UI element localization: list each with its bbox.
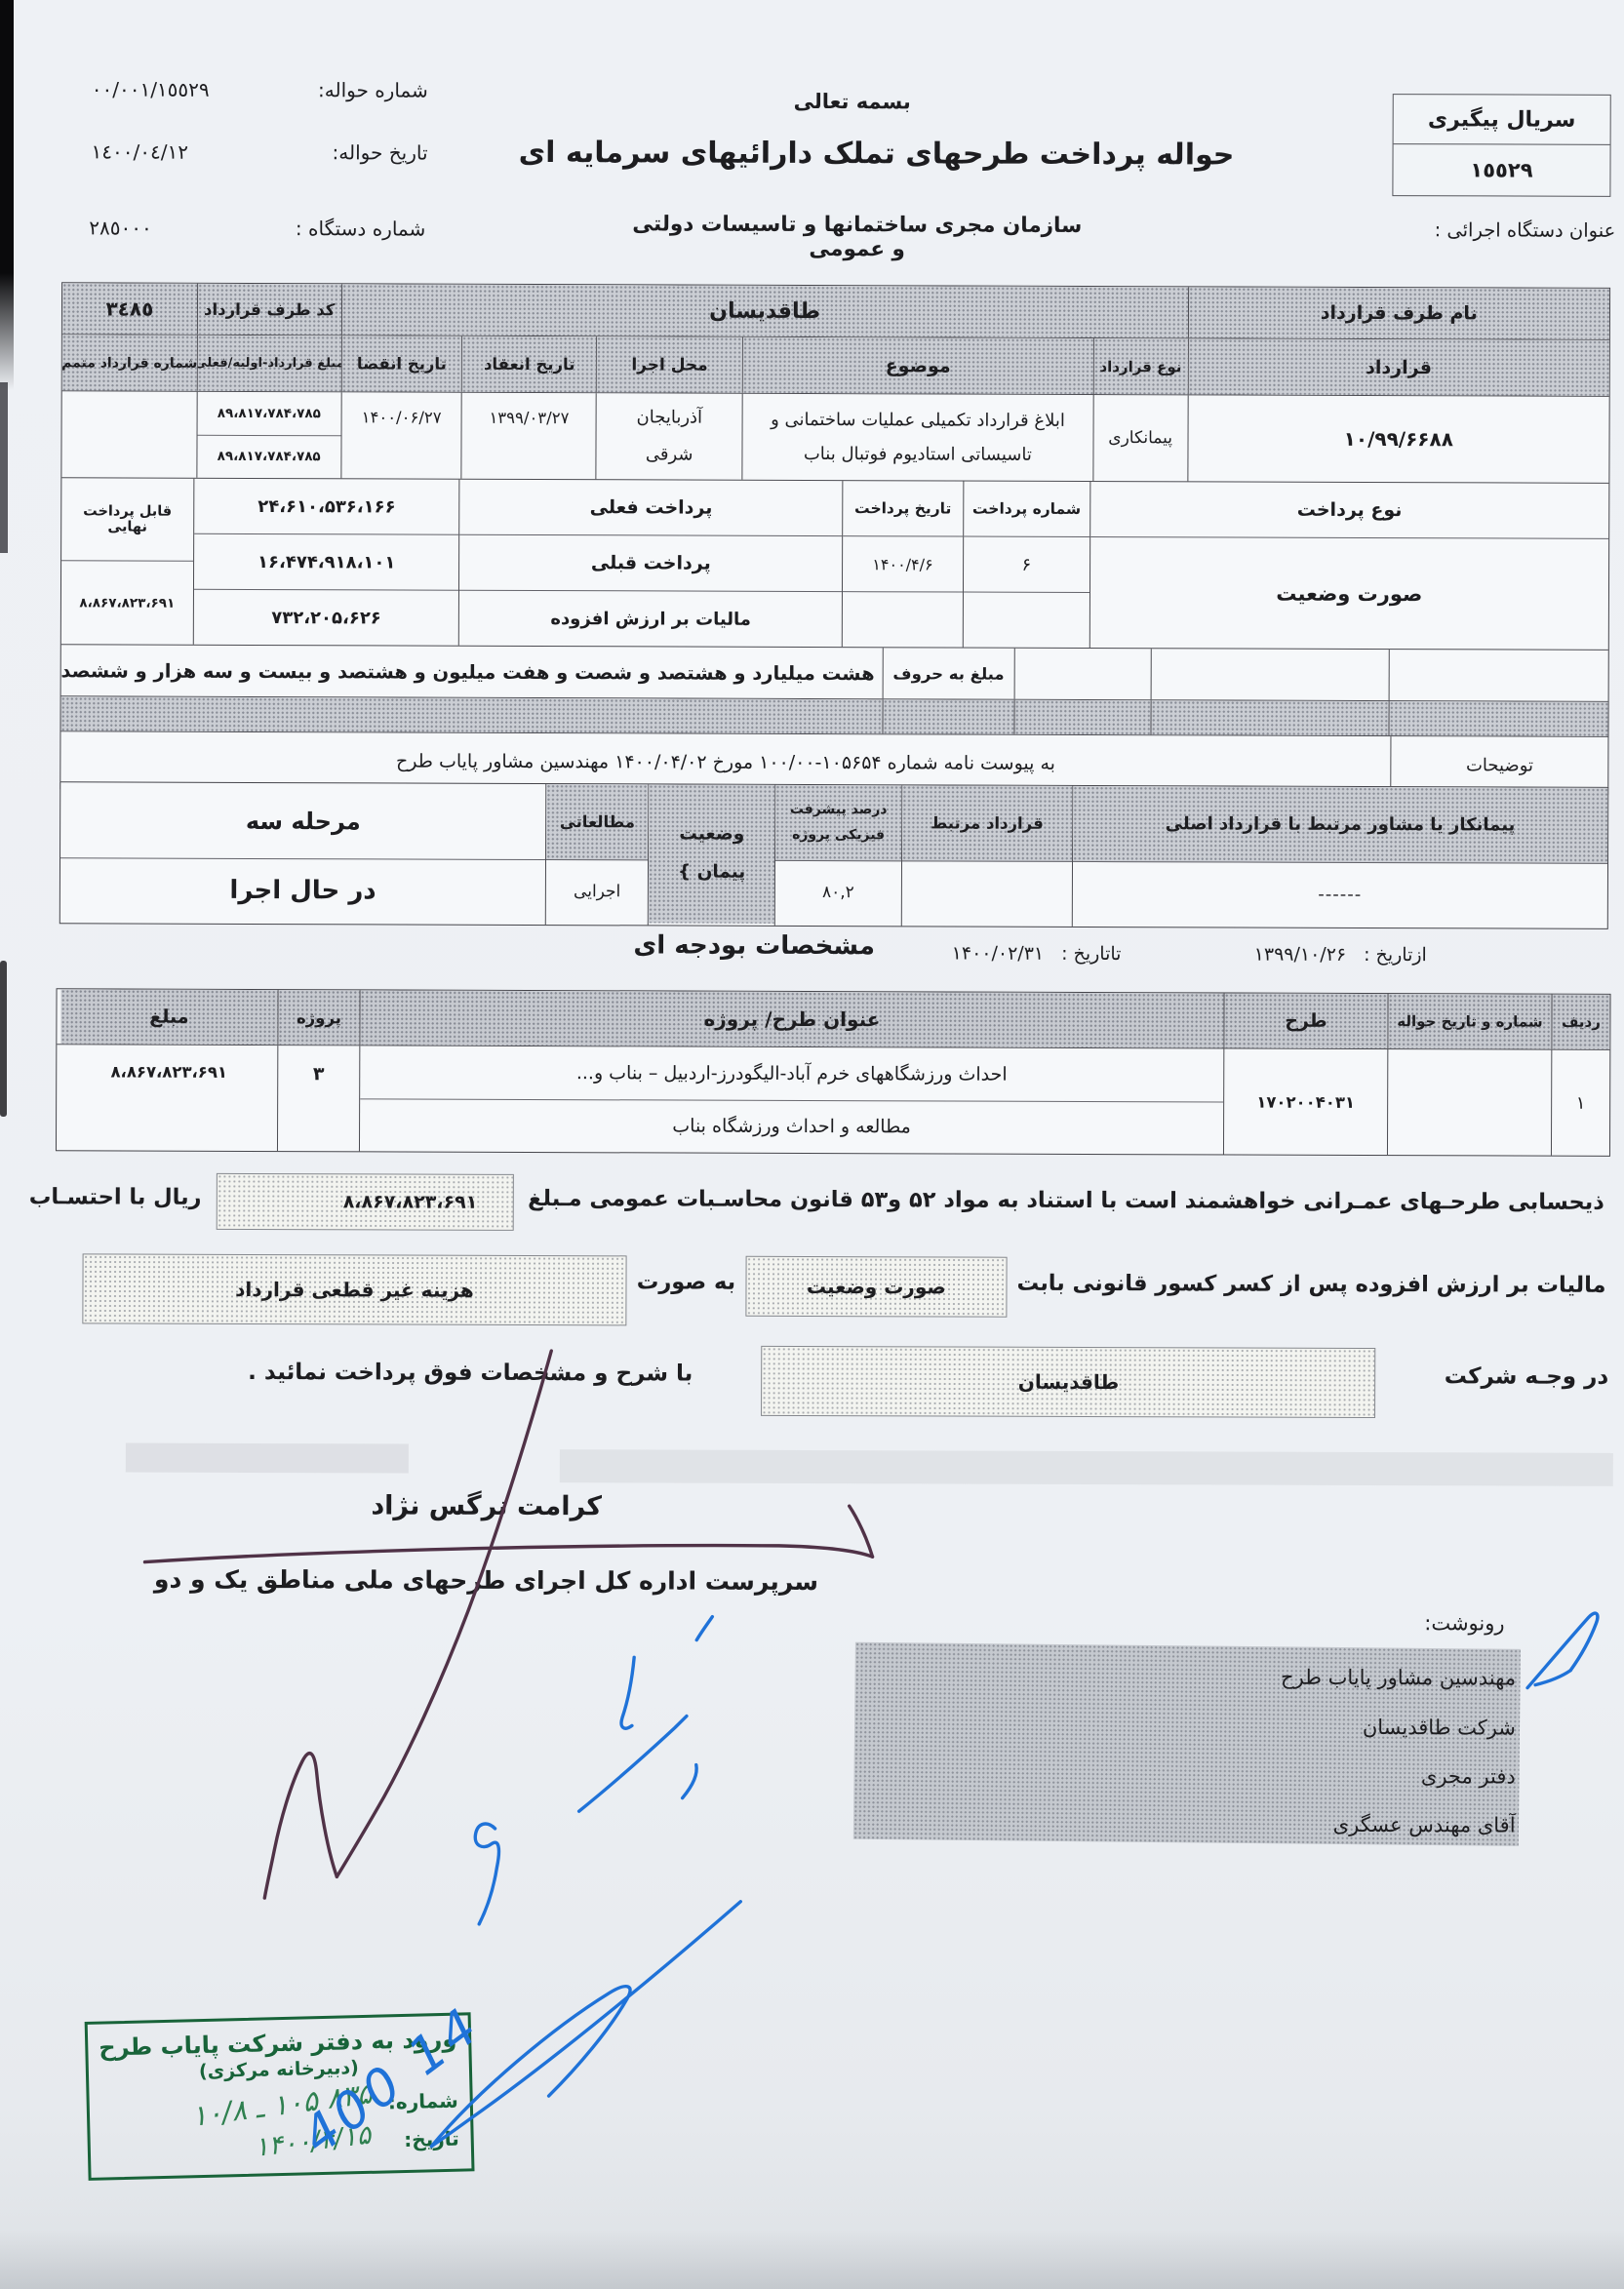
contract-headers-row: قرارداد نوع قرارداد موضوع محل اجرا تاریخ…	[62, 335, 1609, 397]
budget-section-title: مشخصات بودجه ای	[620, 930, 889, 961]
havaleh-date-value: ١٤٠٠/٠٤/١٢	[92, 139, 189, 163]
related-contract-header: قرارداد مرتبط	[902, 785, 1072, 862]
notes-label: توضیحات	[1391, 736, 1608, 794]
subject-value: ابلاغ قرارداد تکمیلی عملیات ساختمانی و ت…	[742, 394, 1093, 481]
sign-date-header: تاریخ انعقاد	[461, 336, 596, 392]
instruction-1-tail: ریال با احتسـاب	[29, 1172, 202, 1210]
previous-payment-label: پرداخت قبلی	[459, 535, 842, 592]
besmele: بسمه تعالی	[687, 90, 1018, 114]
payment-date-empty	[843, 592, 963, 647]
sign-date-value: ۱۳۹۹/۰۳/۲۷	[461, 393, 596, 479]
expiry-date-value: ۱۴۰۰/۰۶/۲۷	[340, 392, 461, 478]
budget-header-row: ردیف شماره و تاریخ حواله طرح عنوان طرح/ …	[57, 989, 1609, 1050]
cc-item: دفتر مجری	[866, 1750, 1516, 1800]
budget-title-line2: مطالعه و احداث ورزشگاه بناب	[360, 1099, 1223, 1155]
amount-in-words-row: مبلغ به حروف هشت میلیارد و هشتصد و شصت و…	[61, 645, 1608, 702]
shaded-cell	[1013, 700, 1150, 734]
instruction-line-2: مالیات بر ارزش افزوده پس از کسر کسور قان…	[82, 1253, 1605, 1328]
contract-type-header: نوع قرارداد	[1092, 338, 1187, 394]
budget-tarh-value: ۱۷۰۲۰۰۴۰۳۱	[1223, 1048, 1387, 1155]
dark-pen-signature	[143, 1350, 873, 1901]
expense-type-box: هزینه غیر قطعی قرارداد	[82, 1253, 626, 1325]
party-code-value: ٣٤٨٥	[62, 283, 197, 334]
current-payment-value: ۲۴،۶۱۰،۵۳۶،۱۶۶	[194, 479, 459, 535]
budget-radif-value: ۱	[1551, 1050, 1609, 1156]
scan-band	[126, 1443, 409, 1474]
payment-type-header: نوع پرداخت	[1090, 482, 1609, 539]
budget-title-cell: احداث ورزشگاههای خرم آباد-الیگودرز-اردبی…	[359, 1046, 1223, 1154]
serial-value: ١٥٥٢٩	[1393, 144, 1609, 196]
agency-name: سازمان مجری ساختمانها و تاسیسات دولتی و …	[625, 212, 1089, 262]
stamp-date-handwritten: ۱۴۰۰/۴/۱۵	[253, 2120, 372, 2163]
amount-in-words-label: مبلغ به حروف	[883, 648, 1014, 698]
budget-amount-value: ۸،۸۶۷،۸۲۳،۶۹۱	[60, 1045, 277, 1151]
payment-type-column: نوع پرداخت صورت وضعیت	[1089, 482, 1608, 650]
cc-item: مهندسین مشاور پایاب طرح	[866, 1650, 1516, 1702]
scanned-document-page: شماره حواله: ٠٠/٠٠١/١٥٥٢٩ تاریخ حواله: ١…	[0, 0, 1624, 2289]
payment-group: نوع پرداخت صورت وضعیت شماره پرداخت ۶ تار…	[61, 478, 1609, 651]
stamp-number-row: شماره: ۸۳۵ ۱۰۵ ـ ۱۰/۸	[100, 2084, 458, 2126]
study-exec-column: مطالعاتی اجرایی	[545, 784, 648, 925]
budget-data-row: ۱ ۱۷۰۲۰۰۴۰۳۱ احداث ورزشگاههای خرم آباد-ا…	[57, 1045, 1609, 1156]
device-number-row: شماره دستگاه : ٢٨٥٠٠٠	[89, 216, 425, 240]
payment-date-header: تاریخ پرداخت	[843, 481, 963, 536]
payment-date-value: ۱۴۰۰/۴/۶	[843, 536, 963, 592]
shaded-cell	[1389, 701, 1608, 736]
words-empty-cell	[1389, 650, 1608, 701]
from-date-value: ۱۳۹۹/۱۰/۲۶	[1254, 944, 1347, 966]
related-contractor-value: ------	[1072, 862, 1607, 927]
havaleh-number-row: شماره حواله: ٠٠/٠٠١/١٥٥٢٩	[92, 77, 428, 101]
contract-amount-current: ۸۹،۸۱۷،۷۸۴،۷۸۵	[197, 435, 340, 478]
cc-item: آقای مهندس عسگری	[865, 1798, 1515, 1849]
budget-col-title: عنوان طرح/ پروژه	[359, 990, 1223, 1047]
supplement-header: شماره قرارداد متمم	[62, 335, 197, 390]
final-payable-column: قابل پرداخت نهایی ۸،۸۶۷،۸۲۳،۶۹۱	[61, 478, 193, 644]
related-contractor-header: پیمانکار یا مشاور مرتبط با قرارداد اصلی	[1073, 786, 1608, 864]
study-label: مطالعاتی	[546, 784, 648, 860]
shaded-cell	[60, 696, 882, 733]
party-code-header: کد طرف قرارداد	[197, 284, 341, 335]
contract-amount-cell: ۸۹،۸۱۷،۷۸۴،۷۸۵ ۸۹،۸۱۷،۷۸۴،۷۸۵	[196, 392, 340, 479]
contract-status-cell: وضعیت پیمان {	[649, 784, 774, 923]
final-payable-value: ۸،۸۶۷،۸۲۳،۶۹۱	[61, 561, 193, 644]
signature-block: کرامت نرگس نژاد سرپرست اداره کل اجرای طر…	[110, 1489, 861, 1596]
current-payment-label: پرداخت فعلی	[460, 480, 843, 536]
phase-column: مرحله سه در حال اجرا	[60, 782, 546, 925]
final-payable-header: قابل پرداخت نهایی	[61, 478, 193, 561]
previous-payment-value: ۱۶،۴۷۴،۹۱۸،۱۰۱	[194, 534, 459, 591]
phase-status-value: در حال اجرا	[60, 858, 546, 923]
contract-status-column: وضعیت پیمان {	[648, 784, 774, 925]
stamp-date-label: تاریخ:	[404, 2126, 459, 2151]
stamp-date-row: تاریخ: ۱۴۰۰/۴/۱۵	[101, 2123, 459, 2162]
instruction-2-middle: به صورت	[637, 1255, 735, 1294]
supplement-value	[61, 391, 196, 477]
shaded-cell	[1150, 700, 1389, 735]
budget-col-prj: پروژه	[277, 990, 359, 1045]
progress-header: درصد پیشرفت فیزیکی پروژه	[775, 785, 901, 861]
to-date-row: تاتاریخ : ۱۴۰۰/۰۲/۳۱	[952, 942, 1122, 965]
words-empty-cell	[1150, 649, 1389, 700]
brace-glyph: {	[678, 862, 691, 883]
to-date-label: تاتاریخ :	[1061, 943, 1121, 965]
from-date-row: ازتاریخ : ۱۳۹۹/۱۰/۲۶	[1254, 944, 1427, 967]
scan-band	[560, 1449, 1613, 1486]
budget-col-radif: ردیف	[1551, 995, 1609, 1049]
signer-name: کرامت نرگس نژاد	[111, 1489, 862, 1522]
progress-header-line2: فیزیکی پروژه	[792, 822, 885, 848]
device-number-label: شماره دستگاه :	[296, 217, 425, 240]
instruction-2-text: مالیات بر ارزش افزوده پس از کسر کسور قان…	[1016, 1257, 1605, 1298]
agency-label: عنوان دستگاه اجرائی :	[1393, 218, 1615, 242]
payment-date-column: تاریخ پرداخت ۱۴۰۰/۴/۶	[842, 481, 963, 647]
budget-prj-value: ۳	[277, 1046, 359, 1151]
location-value: آذربایجان شرقی	[596, 393, 742, 480]
progress-column: درصد پیشرفت فیزیکی پروژه ۸۰,۲	[774, 785, 901, 926]
havaleh-number-value: ٠٠/٠٠١/١٥٥٢٩	[92, 77, 210, 100]
payment-number-column: شماره پرداخت ۶	[963, 482, 1089, 648]
budget-col-havaleh: شماره و تاریخ حواله	[1387, 994, 1551, 1049]
contract-status-line1: وضعیت	[679, 816, 744, 854]
budget-col-amount: مبلغ	[60, 989, 277, 1045]
signer-role: سرپرست اداره کل اجرای طرحهای ملی مناطق ی…	[110, 1564, 861, 1596]
exec-label: اجرایی	[546, 860, 648, 923]
shaded-cell	[882, 699, 1013, 733]
contract-type-value: پیمانکاری	[1092, 395, 1187, 481]
subject-header: موضوع	[742, 337, 1093, 394]
device-number-value: ٢٨٥٠٠٠	[89, 216, 152, 239]
payee-box: طاقدیسان	[761, 1346, 1375, 1418]
havaleh-date-label: تاریخ حواله:	[333, 140, 428, 164]
related-contractor-column: پیمانکار یا مشاور مرتبط با قرارداد اصلی …	[1071, 786, 1607, 928]
payment-number-header: شماره پرداخت	[964, 482, 1089, 537]
contract-header: قرارداد	[1187, 338, 1609, 396]
cc-item: شرکت طاقدیسان	[866, 1700, 1516, 1752]
location-header: محل اجرا	[596, 336, 742, 393]
expiry-date-header: تاریخ انقضا	[340, 335, 461, 391]
amount-in-words-value: هشت میلیارد و هشتصد و شصت و هفت میلیون و…	[61, 645, 883, 698]
havaleh-date-row: تاریخ حواله: ١٤٠٠/٠٤/١٢	[92, 139, 428, 164]
payment-number-value: ۶	[964, 537, 1089, 593]
related-contract-column: قرارداد مرتبط	[901, 785, 1072, 927]
budget-havaleh-value	[1387, 1049, 1551, 1156]
cc-label: رونوشت:	[1424, 1611, 1504, 1635]
instruction-1-text: ذیحسابی طرحـهای عمـرانی خواهشمند است با …	[528, 1174, 1604, 1215]
party-row: نام طرف قرارداد طاقدیسان کد طرف قرارداد …	[62, 283, 1609, 340]
payment-type-value: صورت وضعیت	[1089, 537, 1608, 650]
stamp-number-label: شماره:	[388, 2089, 458, 2114]
from-date-label: ازتاریخ :	[1364, 944, 1427, 966]
payment-labels-column: پرداخت فعلی پرداخت قبلی مالیات بر ارزش ا…	[458, 480, 842, 647]
progress-value: ۸۰,۲	[775, 861, 901, 924]
party-name-header: نام طرف قرارداد	[1187, 287, 1609, 339]
words-empty-cell	[1013, 649, 1150, 699]
havaleh-number-label: شماره حواله:	[318, 78, 428, 101]
statement-box: صورت وضعیت	[745, 1256, 1007, 1318]
contract-amount-header: مبلغ قرارداد-اولیه/فعلی	[197, 335, 341, 392]
budget-table: ردیف شماره و تاریخ حواله طرح عنوان طرح/ …	[56, 988, 1611, 1157]
vat-value: ۷۳۲،۲۰۵،۶۲۶	[194, 590, 459, 646]
shaded-spacer-row	[60, 696, 1607, 737]
entry-stamp: ورود به دفتر شرکت پایاب طرح (دبیرخانه مر…	[85, 2012, 475, 2181]
serial-label: سریال پیگیری	[1394, 95, 1610, 145]
to-date-value: ۱۴۰۰/۰۲/۳۱	[952, 942, 1045, 964]
payment-number-empty	[964, 593, 1089, 648]
serial-box: سریال پیگیری ١٥٥٢٩	[1392, 94, 1610, 197]
progress-header-line1: درصد پیشرفت	[790, 798, 888, 823]
cc-items: مهندسین مشاور پایاب طرح شرکت طاقدیسان دف…	[865, 1650, 1516, 1849]
contract-status-line2: پیمان {	[678, 854, 745, 892]
related-contract-value	[902, 861, 1072, 925]
contract-values-row: ۱۰/۹۹/۶۶۸۸ پیمانکاری ابلاغ قرارداد تکمیل…	[61, 391, 1608, 484]
instruction-amount-box: ۸،۸۶۷،۸۲۳،۶۹۱	[216, 1173, 513, 1231]
instruction-line-1: ذیحسابی طرحـهای عمـرانی خواهشمند است با …	[29, 1172, 1604, 1235]
document-title: حواله پرداخت طرحهای تملک دارائیهای سرمای…	[515, 136, 1237, 173]
contract-number-value: ۱۰/۹۹/۶۶۸۸	[1187, 395, 1609, 483]
instruction-3-tail: با شرح و مشخصات فوق پرداخت نمائید .	[248, 1344, 693, 1387]
party-name-value: طاقدیسان	[341, 284, 1188, 337]
phase-value: مرحله سه	[60, 782, 546, 860]
document-sheet: شماره حواله: ٠٠/٠٠١/١٥٥٢٩ تاریخ حواله: ١…	[0, 0, 1624, 2289]
contract-table: نام طرف قرارداد طاقدیسان کد طرف قرارداد …	[59, 282, 1610, 795]
instruction-3-text: در وجـه شرکت	[1445, 1348, 1609, 1390]
vat-label: مالیات بر ارزش افزوده	[459, 591, 842, 647]
budget-col-tarh: طرح	[1223, 993, 1387, 1048]
instruction-line-3: در وجـه شرکت طاقدیسان با شرح و مشخصات فو…	[248, 1344, 1608, 1419]
payment-amounts-column: ۲۴،۶۱۰،۵۳۶،۱۶۶ ۱۶،۴۷۴،۹۱۸،۱۰۱ ۷۳۲،۲۰۵،۶۲…	[193, 479, 459, 646]
contract-amount-initial: ۸۹،۸۱۷،۷۸۴،۷۸۵	[197, 392, 340, 436]
budget-title-line1: احداث ورزشگاههای خرم آباد-الیگودرز-اردبی…	[360, 1046, 1223, 1102]
status-table: پیمانکار یا مشاور مرتبط با قرارداد اصلی …	[59, 781, 1608, 929]
